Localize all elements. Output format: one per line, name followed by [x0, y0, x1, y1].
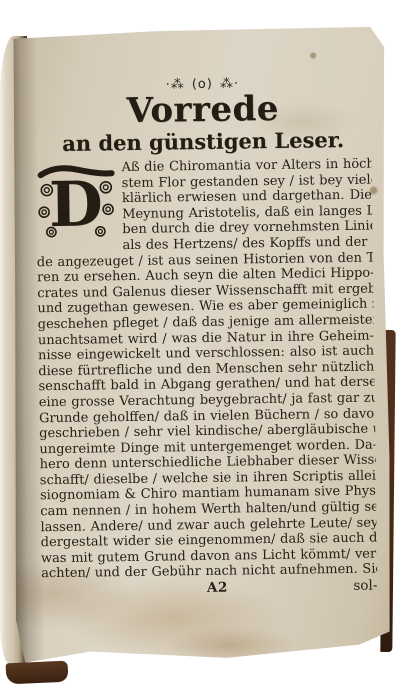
signature-mark: A2: [207, 581, 228, 597]
catchword: sol-: [353, 579, 377, 595]
signature-row: A2 sol-: [41, 579, 377, 602]
page-subtitle: an den günstigen Leser.: [35, 127, 371, 158]
drop-cap-initial-d: D: [35, 161, 116, 240]
page-title: Vorrede: [34, 90, 370, 131]
book-cover-bottom-corner: [6, 661, 69, 685]
drop-cap-letter: D: [49, 167, 104, 240]
preface-text: D Aß die Chiromantia vor Alters in höch-…: [35, 157, 377, 602]
book-photo: ·⁂ (o) ⁂· Vorrede an den günstigen Leser…: [0, 0, 417, 700]
book-page: ·⁂ (o) ⁂· Vorrede an den günstigen Leser…: [7, 25, 394, 664]
page-content: ·⁂ (o) ⁂· Vorrede an den günstigen Leser…: [7, 25, 393, 601]
